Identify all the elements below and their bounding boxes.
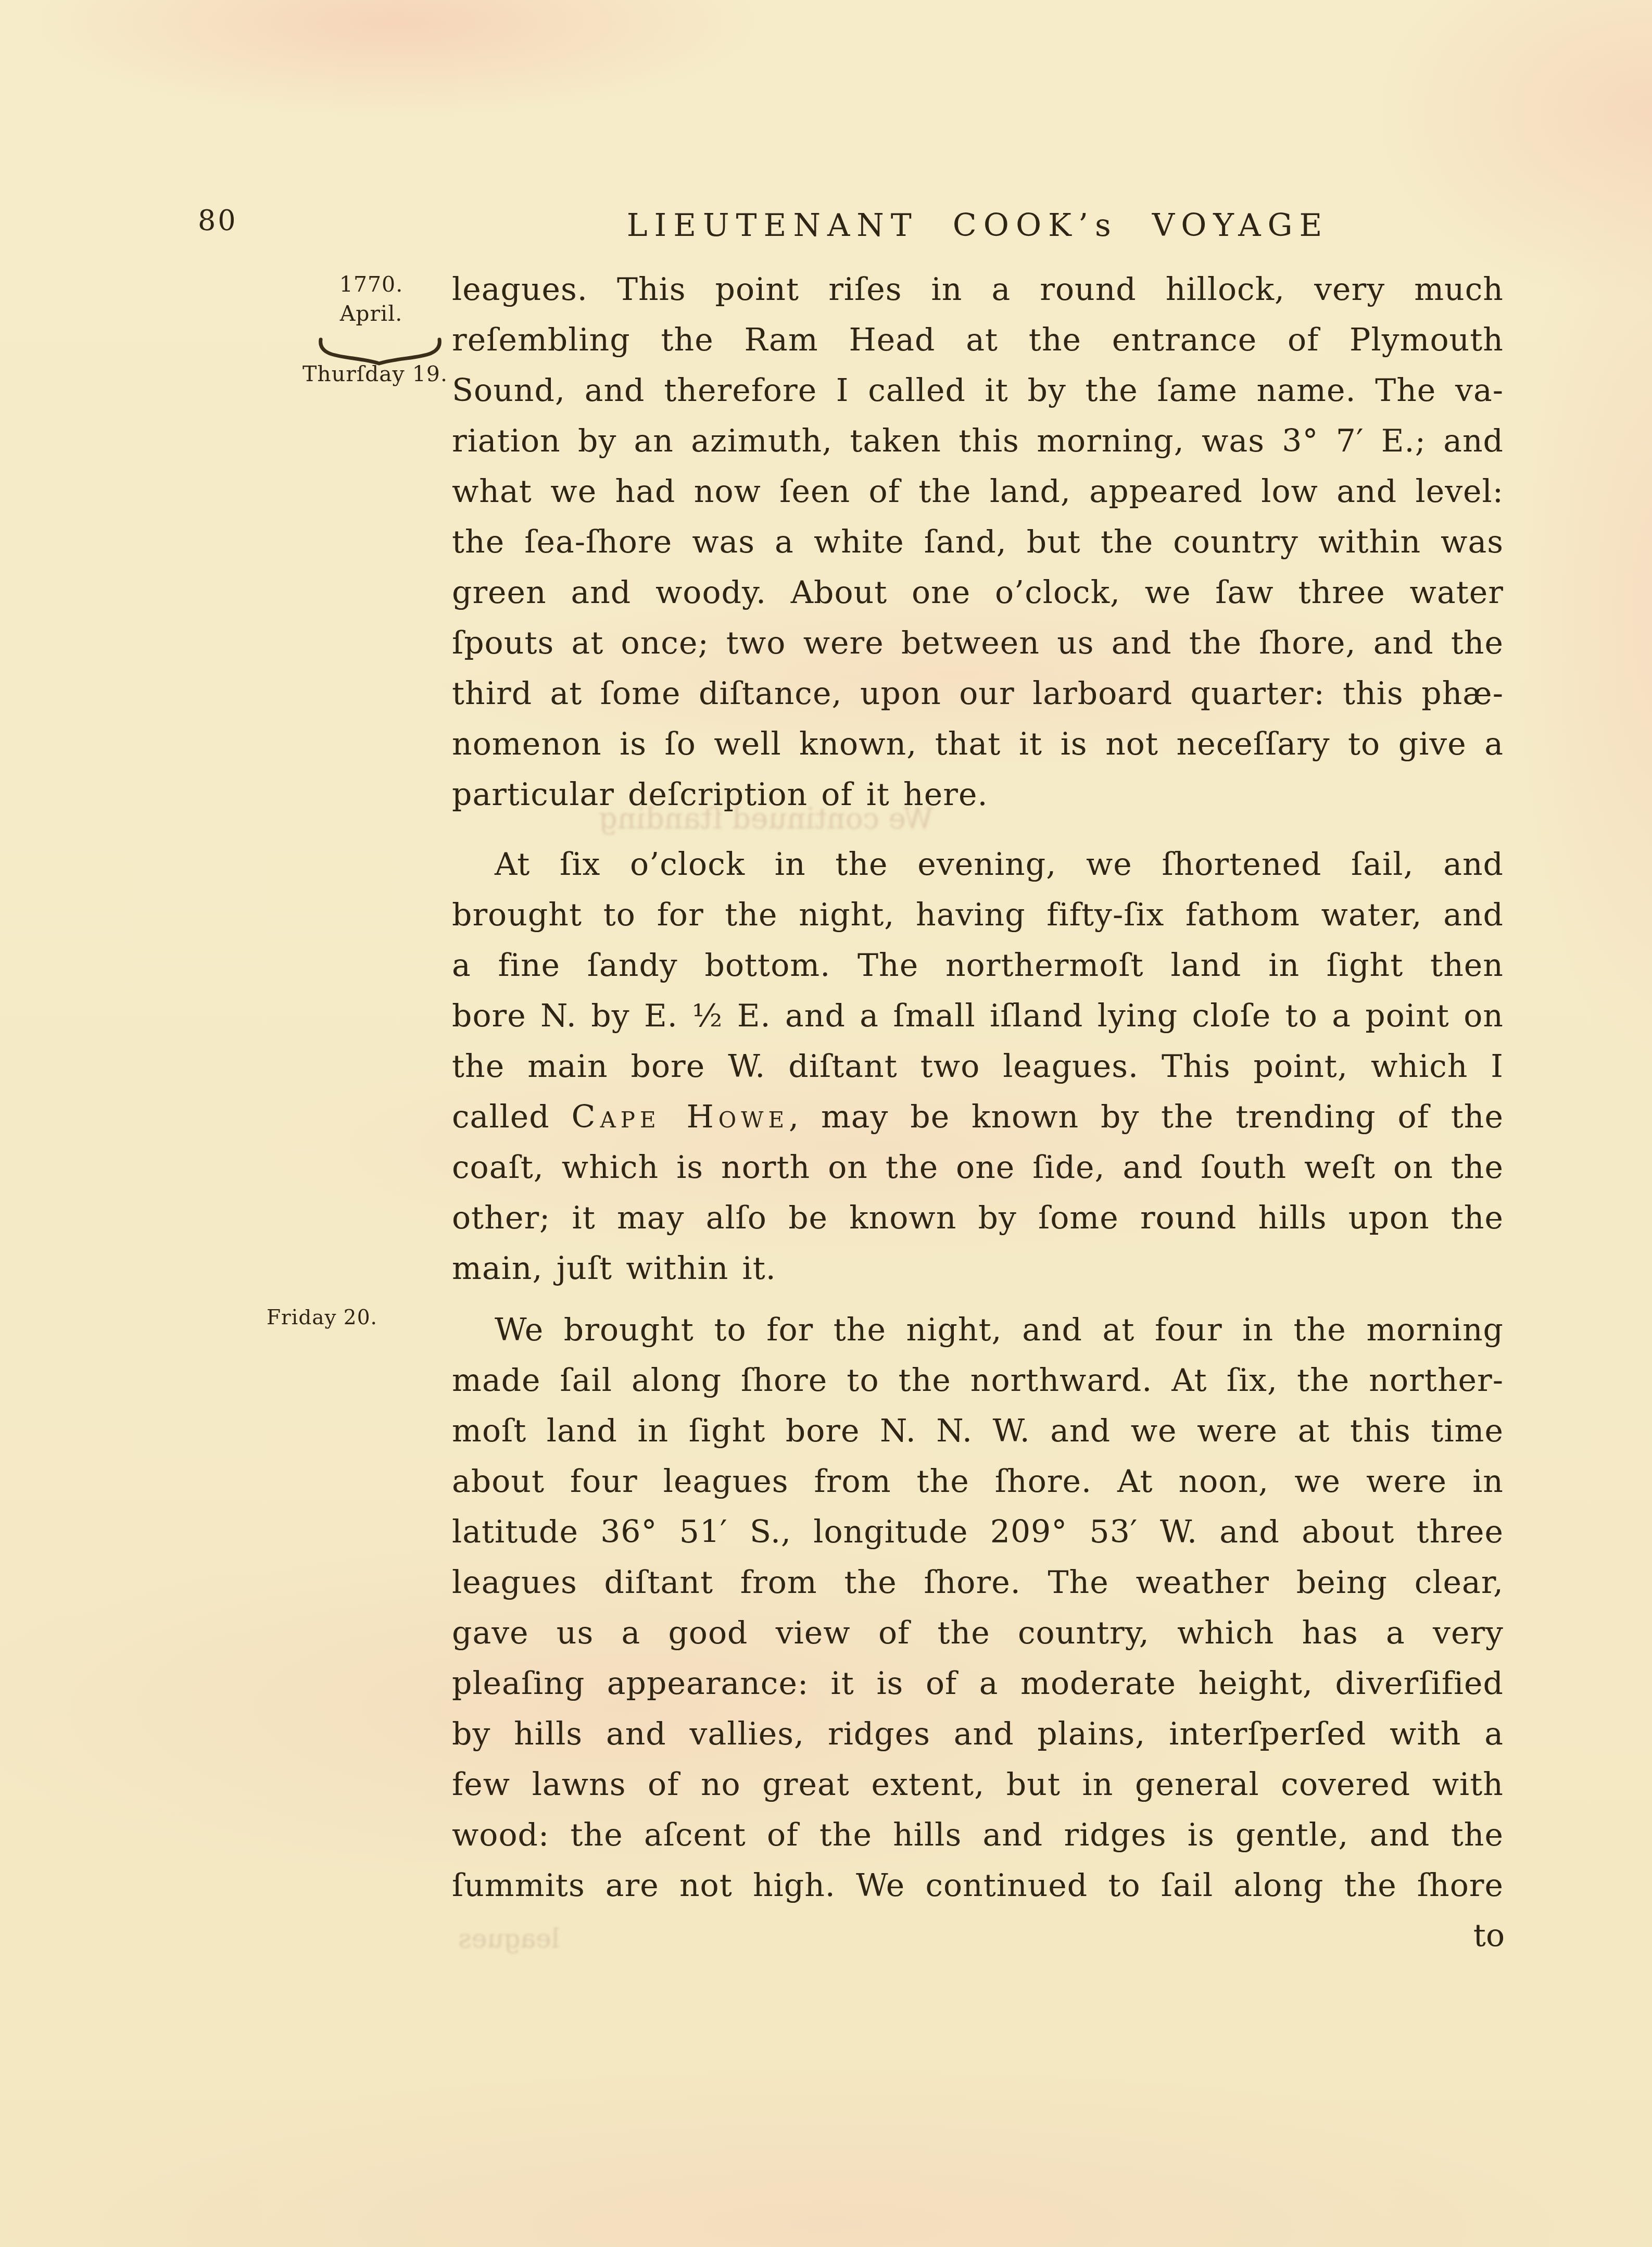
sidenote-day-friday: Friday 20. <box>267 1306 423 1329</box>
bleed-through-text: We continued ſtanding <box>599 802 934 836</box>
text-line: third at ſome diſtance, upon our larboar… <box>452 669 1504 719</box>
bleed-through-text: leagues <box>458 1924 560 1954</box>
text-line: bore N. by E. ½ E. and a ſmall iſland ly… <box>452 991 1504 1041</box>
text-line-cape-howe: called Cape Howe, may be known by the tr… <box>452 1092 1504 1143</box>
book-page: 80 LIEUTENANT COOK’s VOYAGE 1770. April.… <box>0 0 1652 2247</box>
sidenote-month: April. <box>311 301 431 326</box>
text-line: ſummits are not high. We continued to ſa… <box>452 1861 1504 1911</box>
text-segment: , may be known by the trending of the <box>789 1099 1504 1135</box>
cape-howe-smallcaps: Cape Howe <box>571 1099 789 1135</box>
text-line: brought to for the night, having fifty-ſ… <box>452 890 1504 940</box>
text-line: At ſix o’clock in the evening, we ſhorte… <box>452 839 1504 890</box>
text-segment: called <box>452 1099 571 1135</box>
text-line: Sound, and therefore I called it by the … <box>452 366 1504 416</box>
text-line: a fine ſandy bottom. The northermoſt lan… <box>452 940 1504 991</box>
text-line: leagues diſtant from the ſhore. The weat… <box>452 1558 1504 1608</box>
text-line: wood: the aſcent of the hills and ridges… <box>452 1810 1504 1861</box>
catchword: to <box>1374 1917 1505 1954</box>
paragraph-1: leagues. This point riſes in a round hil… <box>452 265 1504 820</box>
text-line: reſembling the Ram Head at the entrance … <box>452 315 1504 366</box>
paragraph-3: We brought to for the night, and at four… <box>452 1305 1504 1911</box>
sidenote-year: 1770. <box>311 272 431 297</box>
text-line: leagues. This point riſes in a round hil… <box>452 265 1504 315</box>
text-line: nomenon is ſo well known, that it is not… <box>452 719 1504 770</box>
text-line: We brought to for the night, and at four… <box>452 1305 1504 1355</box>
text-line: about four leagues from the ſhore. At no… <box>452 1457 1504 1507</box>
sidenote-day-thursday: Thurſday 19. <box>244 361 448 386</box>
text-line: the main bore W. diſtant two leagues. Th… <box>452 1041 1504 1092</box>
text-line: ſpouts at once; two were between us and … <box>452 618 1504 669</box>
paragraph-2: At ſix o’clock in the evening, we ſhorte… <box>452 839 1504 1294</box>
text-line: by hills and vallies, ridges and plains,… <box>452 1709 1504 1760</box>
text-line: coaſt, which is north on the one ſide, a… <box>452 1143 1504 1193</box>
text-line: pleaſing appearance: it is of a moderate… <box>452 1659 1504 1709</box>
text-line: the ſea-ſhore was a white ſand, but the … <box>452 517 1504 568</box>
text-line: green and woody. About one o’clock, we ſ… <box>452 568 1504 618</box>
text-line: gave us a good view of the country, whic… <box>452 1608 1504 1659</box>
text-line: latitude 36° 51′ S., longitude 209° 53′ … <box>452 1507 1504 1558</box>
text-line: made ſail along ſhore to the northward. … <box>452 1355 1504 1406</box>
text-line: main, juſt within it. <box>452 1244 1504 1294</box>
page-number: 80 <box>198 204 238 237</box>
text-line: other; it may alſo be known by ſome roun… <box>452 1193 1504 1244</box>
text-line: what we had now ſeen of the land, appear… <box>452 467 1504 517</box>
text-line: few lawns of no great extent, but in gen… <box>452 1760 1504 1810</box>
text-line: riation by an azimuth, taken this mornin… <box>452 416 1504 467</box>
text-line: moſt land in ſight bore N. N. W. and we … <box>452 1406 1504 1457</box>
running-title: LIEUTENANT COOK’s VOYAGE <box>452 207 1504 244</box>
